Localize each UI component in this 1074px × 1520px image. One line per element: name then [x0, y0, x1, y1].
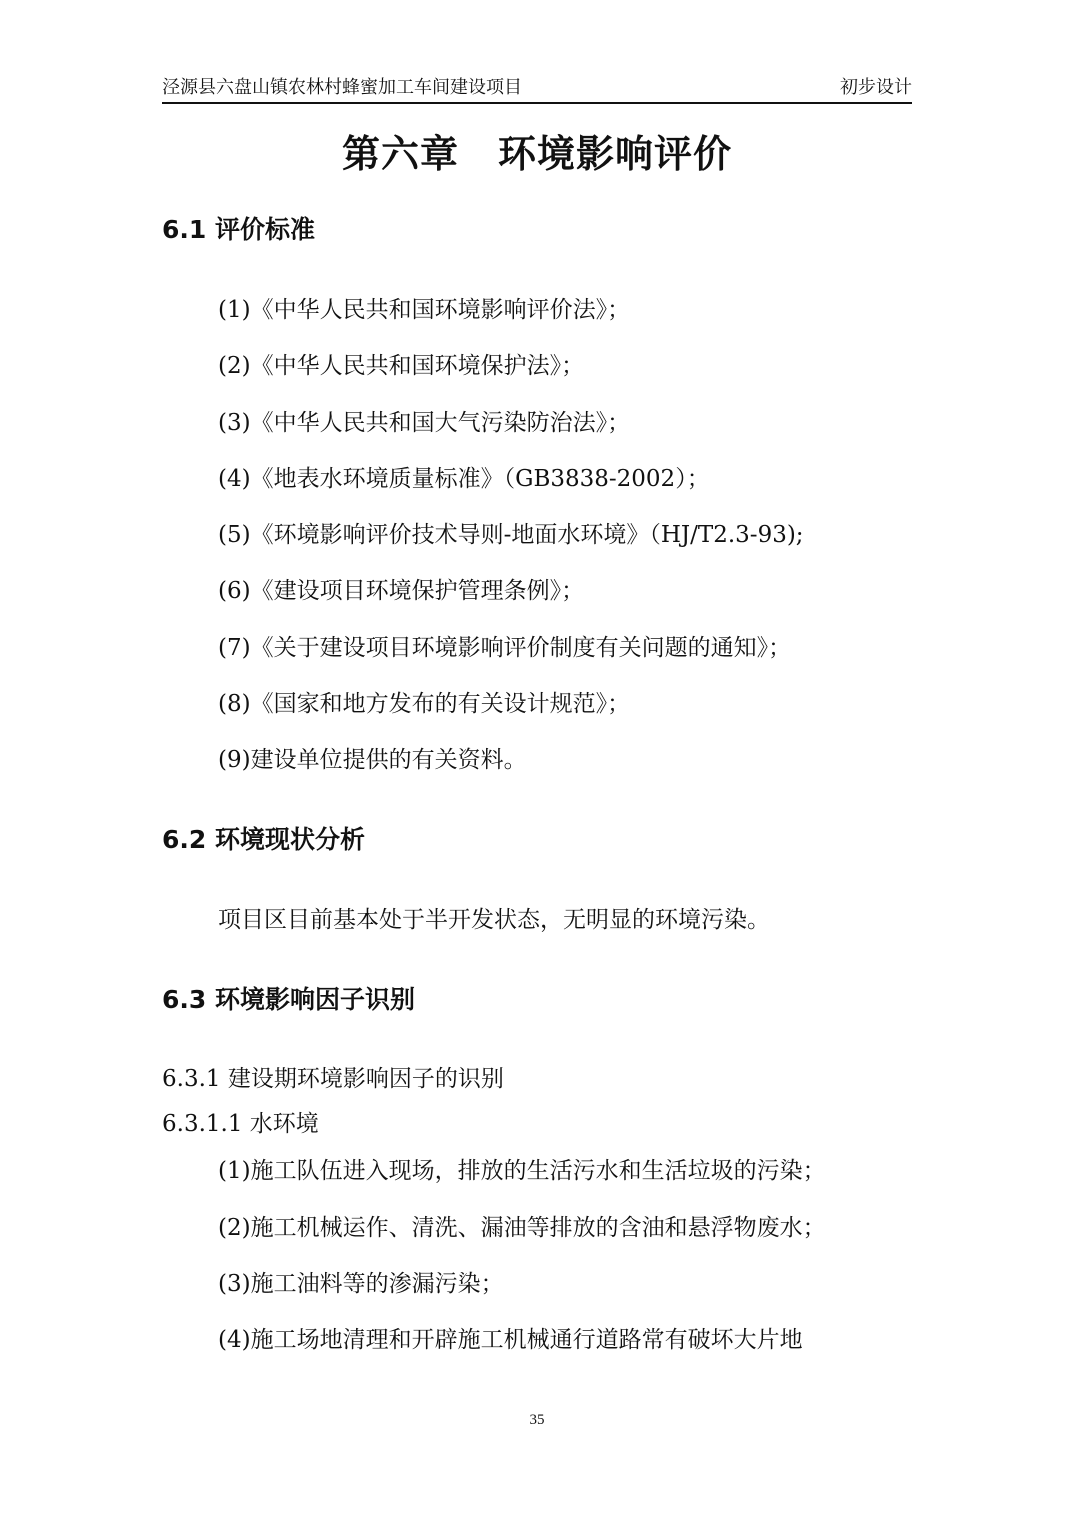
section-heading-6-1: 6.1 评价标准: [162, 212, 315, 248]
section-6-2-body: 项目区目前基本处于半开发状态，无明显的环境污染。: [218, 904, 770, 936]
chapter-title: 第六章 环境影响评价: [0, 128, 1074, 180]
page-header: 泾源县六盘山镇农林村蜂蜜加工车间建设项目 初步设计: [162, 76, 912, 104]
standard-item-7: (7)《关于建设项目环境影响评价制度有关问题的通知》；: [218, 632, 791, 664]
standard-item-5: (5)《环境影响评价技术导则-地面水环境》（HJ/T2.3-93);: [218, 519, 804, 551]
standard-item-1: (1)《中华人民共和国环境影响评价法》；: [218, 294, 630, 326]
header-stage: 初步设计: [840, 76, 912, 100]
header-project-title: 泾源县六盘山镇农林村蜂蜜加工车间建设项目: [162, 76, 522, 100]
standard-item-2: (2)《中华人民共和国环境保护法》；: [218, 350, 584, 382]
standard-item-8: (8)《国家和地方发布的有关设计规范》；: [218, 688, 630, 720]
water-impact-item-3: (3)施工油料等的渗漏污染；: [218, 1268, 504, 1300]
standard-item-3: (3)《中华人民共和国大气污染防治法》；: [218, 407, 630, 439]
water-impact-item-2: (2)施工机械运作、清洗、漏油等排放的含油和悬浮物废水；: [218, 1212, 826, 1244]
standard-item-4: (4)《地表水环境质量标准》（GB3838-2002）；: [218, 463, 710, 495]
standard-item-6: (6)《建设项目环境保护管理条例》；: [218, 575, 584, 607]
water-impact-item-4: (4)施工场地清理和开辟施工机械通行道路常有破坏大片地: [218, 1324, 803, 1356]
subsection-heading-6-3-1: 6.3.1 建设期环境影响因子的识别: [162, 1063, 504, 1095]
section-heading-6-2: 6.2 环境现状分析: [162, 822, 365, 858]
section-heading-6-3: 6.3 环境影响因子识别: [162, 982, 415, 1018]
water-impact-item-1: (1)施工队伍进入现场，排放的生活污水和生活垃圾的污染；: [218, 1155, 826, 1187]
page-number: 35: [0, 1412, 1074, 1429]
standard-item-9: (9)建设单位提供的有关资料。: [218, 744, 527, 776]
subsection-heading-6-3-1-1: 6.3.1.1 水环境: [162, 1108, 319, 1140]
